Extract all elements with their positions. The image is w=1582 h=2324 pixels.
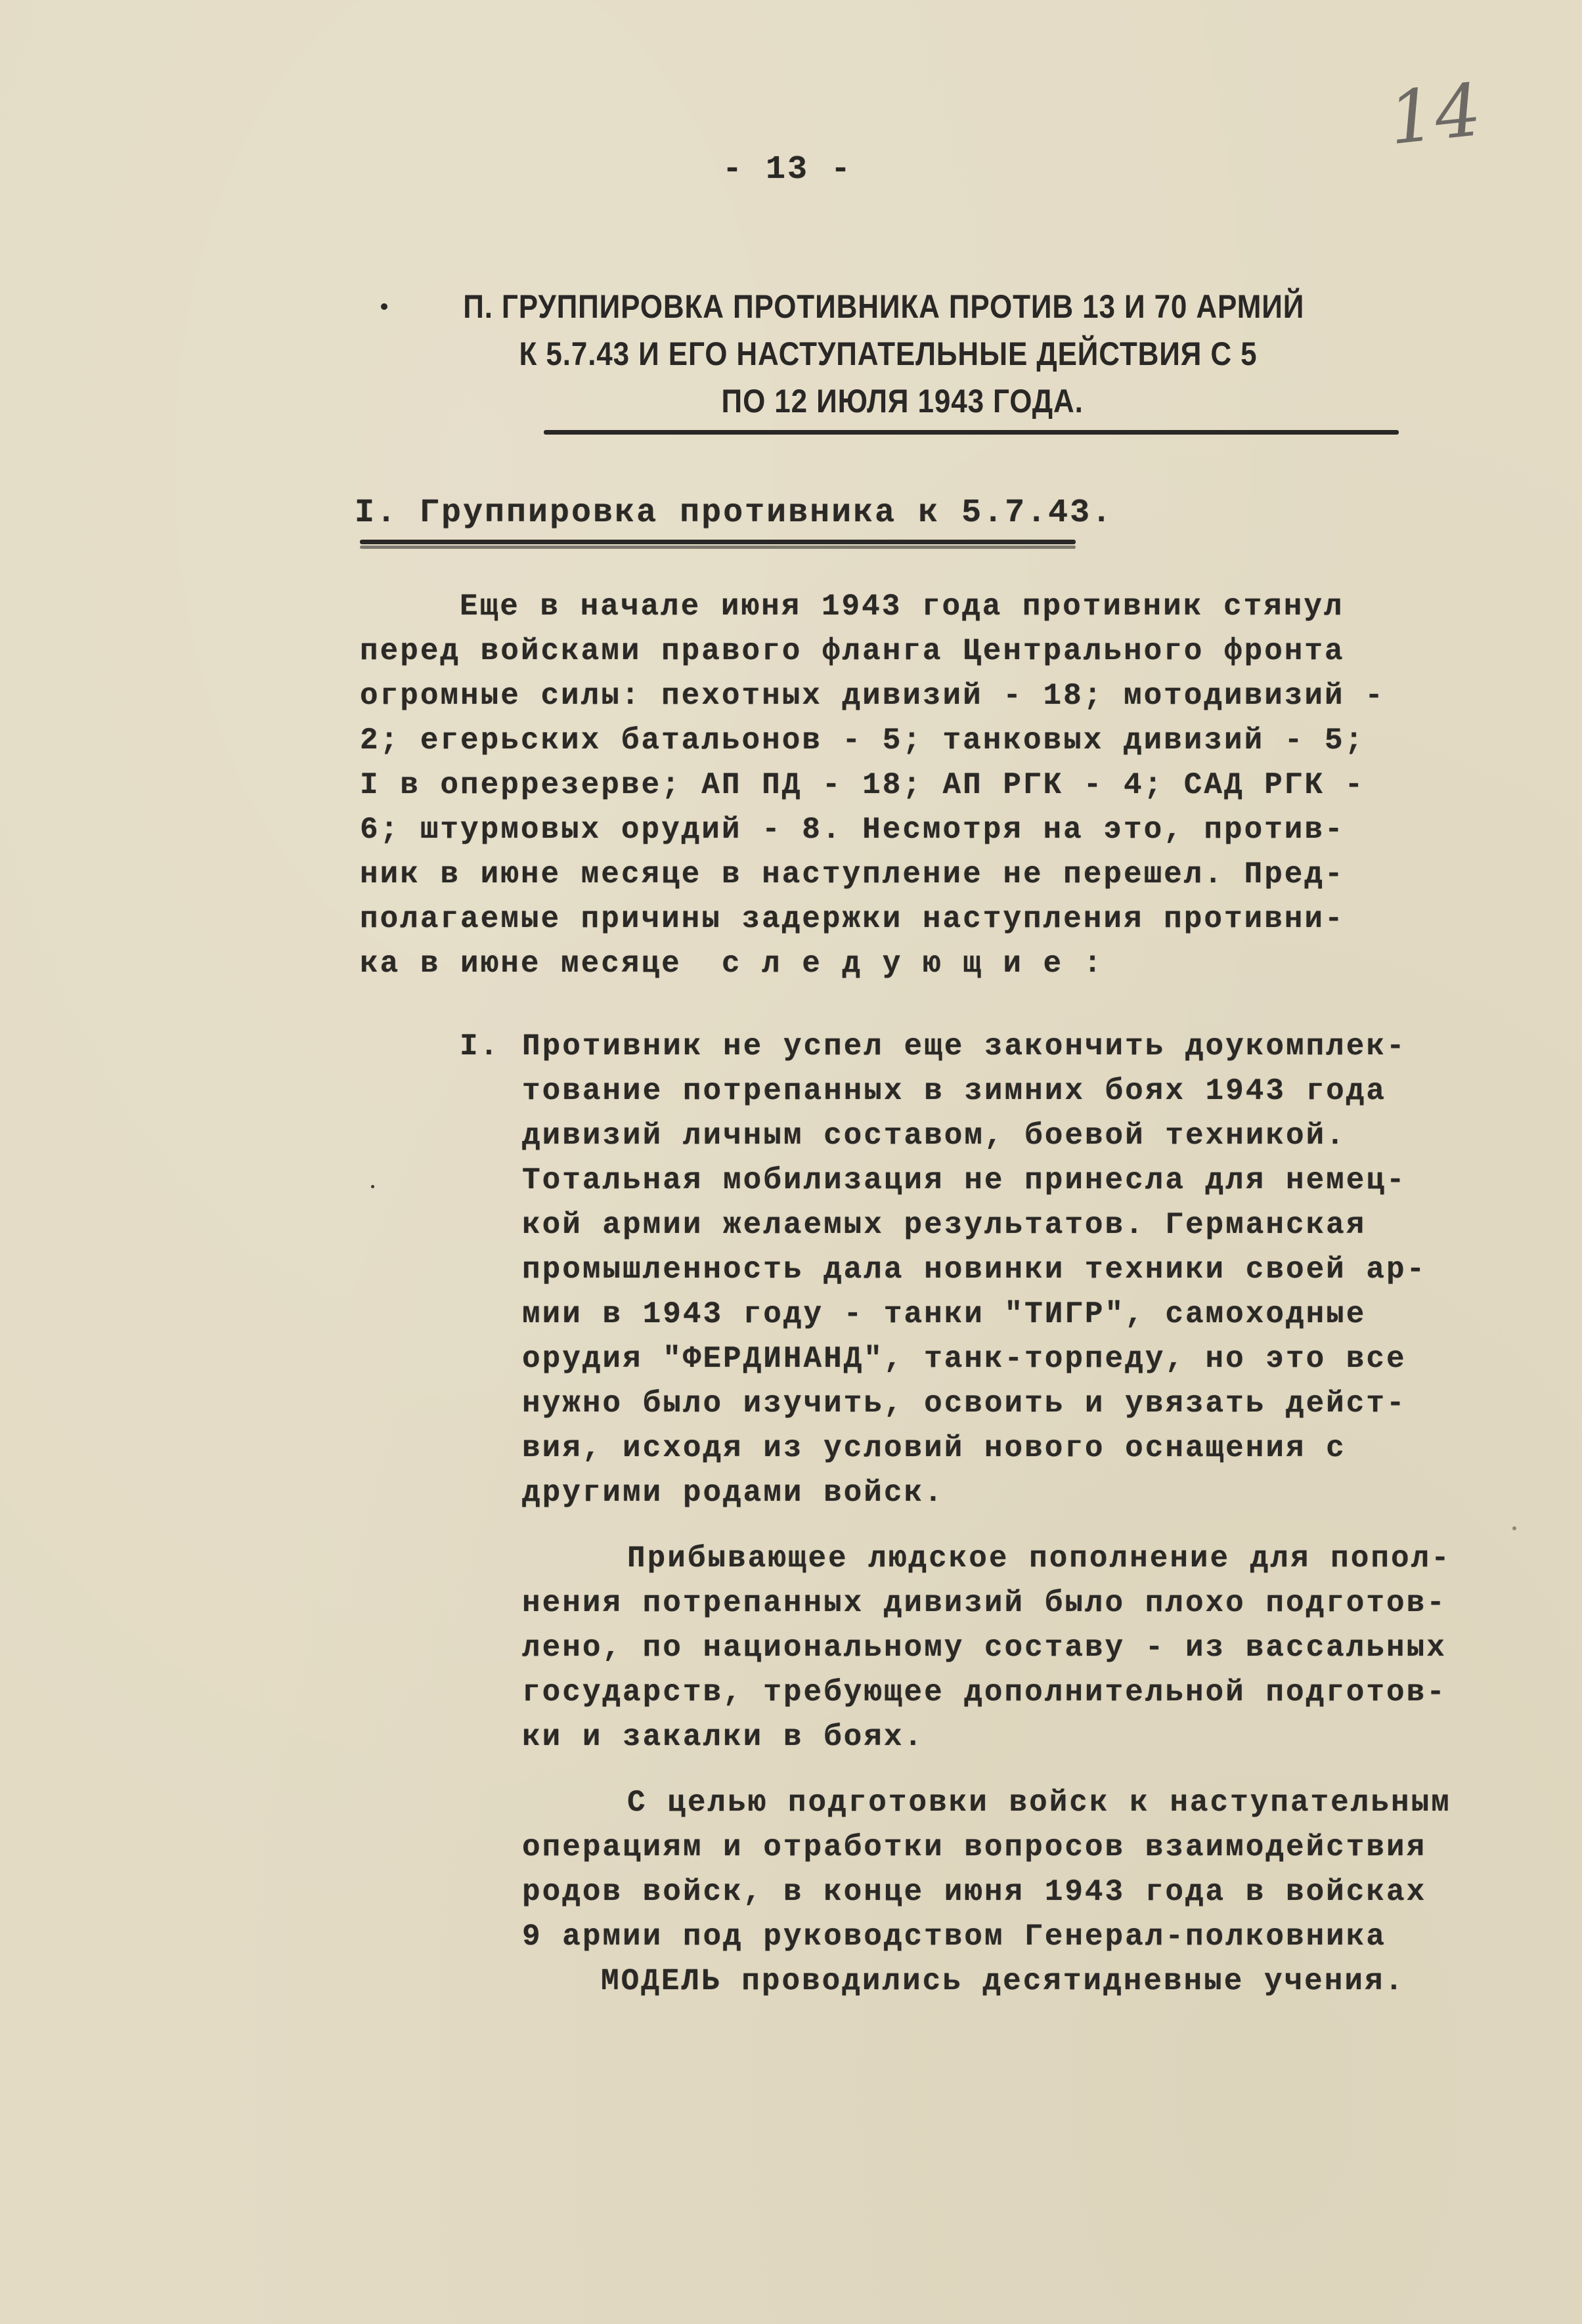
paper-speck: [1512, 1526, 1516, 1530]
text-line: орудия "ФЕРДИНАНД", танк-торпеду, но это…: [522, 1337, 1407, 1381]
text-line: 9 армии под руководством Генерал-полковн…: [522, 1914, 1386, 1959]
chapter-heading-line-2: К 5.7.43 И ЕГО НАСТУПАТЕЛЬНЫЕ ДЕЙСТВИЯ С…: [519, 331, 1258, 377]
text-line: Тотальная мобилизация не принесла для не…: [522, 1158, 1407, 1203]
text-line: родов войск, в конце июня 1943 года в во…: [522, 1870, 1426, 1914]
paper-speck: [371, 1185, 374, 1188]
chapter-heading-underline: [544, 430, 1399, 435]
text-line: нужно было изучить, освоить и увязать де…: [522, 1381, 1407, 1426]
text-line: полагаемые причины задержки наступления …: [360, 897, 1345, 941]
section-title: I. Группировка противника к 5.7.43.: [355, 491, 1113, 536]
page-number: - 13 -: [722, 148, 852, 192]
text-line: вия, исходя из условий нового оснащения …: [522, 1426, 1346, 1471]
handwritten-folio-number: 14: [1385, 68, 1485, 161]
text-line: промышленность дала новинки техники свое…: [522, 1247, 1426, 1292]
text-line: Противник не успел еще закончить доукомп…: [522, 1024, 1407, 1069]
text-line: 6; штурмовых орудий - 8. Несмотря на это…: [360, 807, 1345, 852]
section-title-underline-second: [360, 546, 1076, 549]
text-line: Еще в начале июня 1943 года противник ст…: [460, 584, 1344, 629]
text-line: С целью подготовки войск к наступательны…: [627, 1780, 1451, 1825]
text-line: другими родами войск.: [522, 1471, 944, 1515]
text-line: огромные силы: пехотных дивизий - 18; мо…: [360, 674, 1385, 718]
text-line: 2; егерьских батальонов - 5; танковых ди…: [360, 718, 1365, 763]
text-line: ник в июне месяце в наступление не переш…: [360, 852, 1345, 897]
text-line: нения потрепанных дивизий было плохо под…: [522, 1581, 1447, 1625]
text-line: операциям и отработки вопросов взаимодей…: [522, 1825, 1426, 1870]
text-line: тование потрепанных в зимних боях 1943 г…: [522, 1069, 1386, 1113]
text-line: ка в июне месяце с л е д у ю щ и е :: [360, 941, 1103, 986]
margin-dot-mark: [381, 303, 387, 310]
text-line: перед войсками правого фланга Центрально…: [360, 629, 1345, 674]
text-line: Прибывающее людское пополнение для попол…: [627, 1536, 1451, 1581]
chapter-heading-line-3: ПО 12 ИЮЛЯ 1943 ГОДА.: [722, 378, 1084, 424]
text-line: ки и закалки в боях.: [522, 1715, 924, 1759]
text-line: кой армии желаемых результатов. Германск…: [522, 1203, 1366, 1247]
text-line: дивизий личным составом, боевой техникой…: [522, 1113, 1346, 1158]
section-title-underline: [360, 540, 1076, 544]
text-line: I в оперрезерве; АП ПД - 18; АП РГК - 4;…: [360, 763, 1365, 807]
chapter-heading-line-1: П. ГРУППИРОВКА ПРОТИВНИКА ПРОТИВ 13 И 70…: [463, 284, 1304, 330]
text-line: мии в 1943 году - танки "ТИГР", самоходн…: [522, 1292, 1366, 1337]
text-line: лено, по национальному составу - из васс…: [522, 1625, 1447, 1670]
text-line: МОДЕЛЬ проводились десятидневные учения.: [601, 1959, 1405, 2004]
text-line: государств, требующее дополнительной под…: [522, 1670, 1447, 1715]
list-item-number: I.: [460, 1024, 500, 1069]
